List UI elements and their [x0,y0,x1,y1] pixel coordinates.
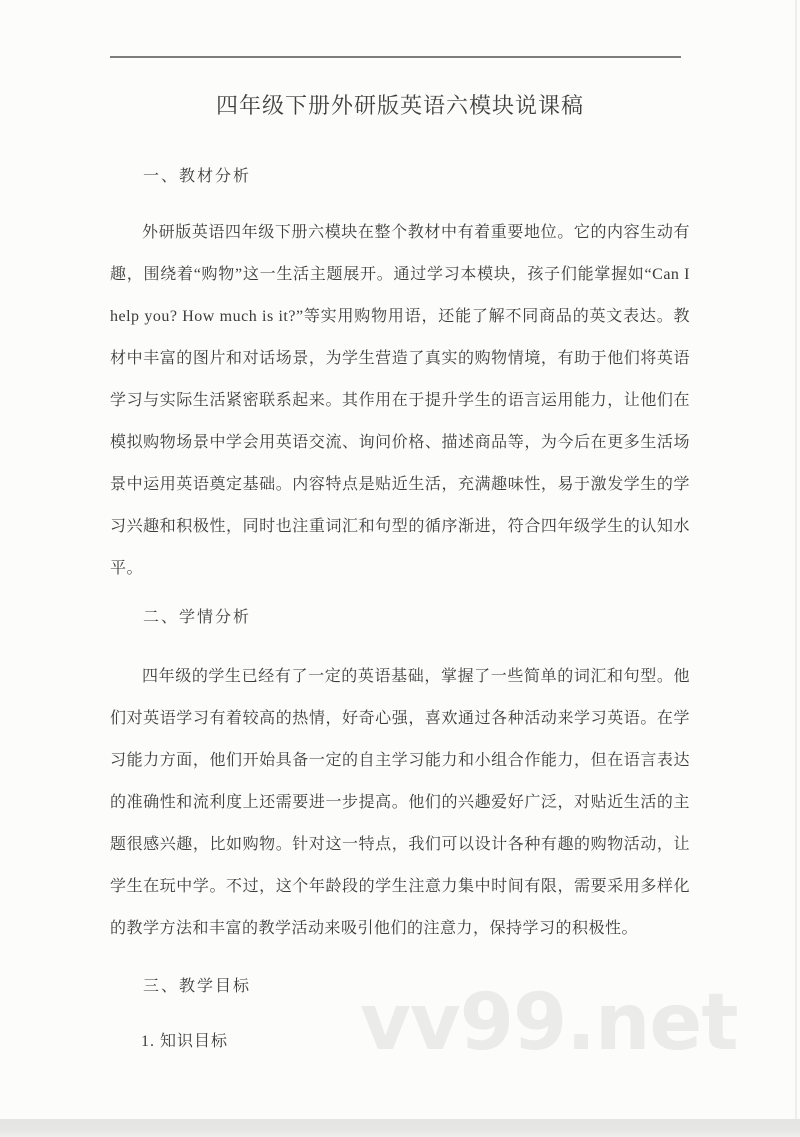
section-paragraph-learner-analysis: 四年级的学生已经有了一定的英语基础，掌握了一些简单的词汇和句型。他们对英语学习有… [110,656,690,950]
document-body: 四年级下册外研版英语六模块说课稿 一、教材分析 外研版英语四年级下册六模块在整个… [110,0,690,1137]
section-heading-learner-analysis: 二、学情分析 [110,597,690,639]
section-paragraph-material-analysis: 外研版英语四年级下册六模块在整个教材中有着重要地位。它的内容生动有趣，围绕着“购… [110,212,690,590]
document-title: 四年级下册外研版英语六模块说课稿 [110,85,690,127]
document-page: vv99.net 四年级下册外研版英语六模块说课稿 一、教材分析 外研版英语四年… [0,0,800,1137]
page-edge-line [795,0,797,1137]
section-heading-teaching-goals: 三、教学目标 [110,966,690,1008]
list-item-knowledge-goal: 1. 知识目标 [110,1021,690,1063]
section-heading-material-analysis: 一、教材分析 [110,156,690,198]
